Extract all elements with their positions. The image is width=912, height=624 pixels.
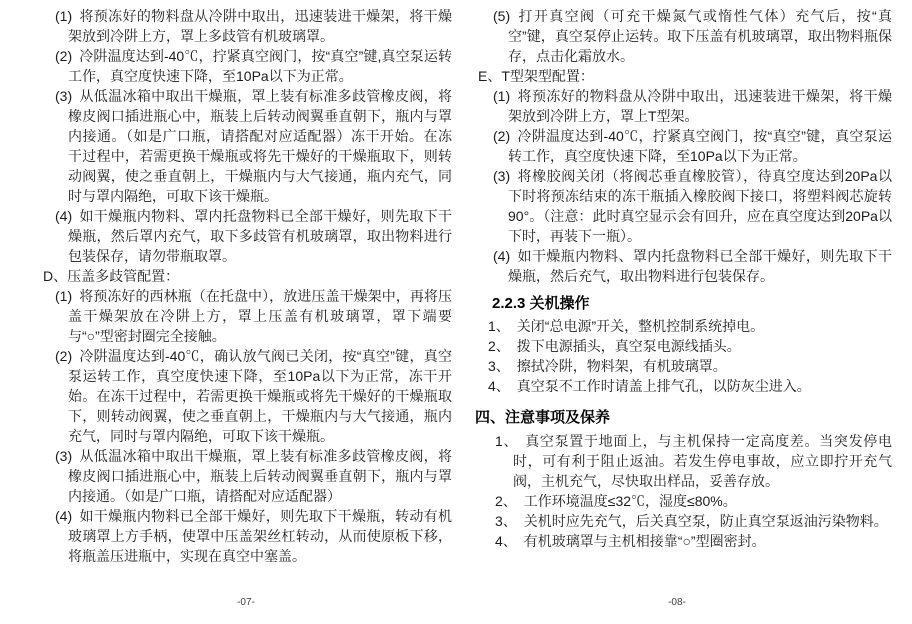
- heading-shutdown-operation: 2.2.3 关机操作: [462, 293, 892, 315]
- step-text: 拨下电源插头，真空泵电源线插头。: [517, 338, 741, 354]
- item-text: 从低温冰箱中取出干燥瓶，罩上装有标准多歧管橡皮阀，将橡皮阀口插进瓶心中，瓶装上后…: [68, 448, 452, 504]
- step-item: 1、关闭“总电源”开关，整机控制系统掉电。: [462, 316, 892, 336]
- item-text: 冷阱温度达到-40℃，拧紧真空阀门，按“真空”键，真空泵运转工作，真空度快速下降…: [508, 128, 892, 164]
- note-item: 2、工作环境温度≤32℃，湿度≤80%。: [462, 491, 892, 511]
- item-label: (3): [493, 168, 510, 184]
- list-item: (4)如干燥瓶内物料、罩内托盘物料已全部干燥好，则先取下干燥瓶，然后罩内充气，取…: [40, 206, 452, 266]
- item-label: (2): [493, 128, 510, 144]
- page-07: (1)将预冻好的物料盘从冷阱中取出，迅速装进干燥架，将干燥架放到冷阱上方，罩上多…: [40, 0, 452, 624]
- step-item: 4、真空泵不工作时请盖上排气孔，以防灰尘进入。: [462, 376, 892, 396]
- note-text: 真空泵置于地面上，与主机保持一定高度差。当突发停电时，可有利于阻止返油。若发生停…: [513, 433, 892, 489]
- item-text: 将预冻好的西林瓶（在托盘中），放进压盖干燥架中，再将压盖干燥架放在冷阱上方，罩上…: [68, 288, 452, 344]
- list-item: (2)冷阱温度达到-40℃，拧紧真空阀门，按“真空”键,真空泵运转工作，真空度快…: [40, 46, 452, 86]
- step-label: 1、: [488, 318, 510, 334]
- item-label: (3): [55, 448, 72, 464]
- step-text: 真空泵不工作时请盖上排气孔，以防灰尘进入。: [517, 378, 811, 394]
- list-item: (3)将橡胶阀关闭（将阀芯垂直橡胶管），待真空度达到20Pa以下时将预冻结束的冻…: [462, 166, 892, 246]
- item-label: (2): [55, 48, 72, 64]
- note-item: 4、有机玻璃罩与主机相接靠“○”型圈密封。: [462, 531, 892, 551]
- note-text: 关机时应先充气，后关真空泵，防止真空泵返油污染物料。: [524, 513, 888, 529]
- note-label: 4、: [495, 533, 517, 549]
- manual-spread: (1)将预冻好的物料盘从冷阱中取出，迅速装进干燥架，将干燥架放到冷阱上方，罩上多…: [0, 0, 912, 624]
- page-number: -07-: [40, 597, 452, 608]
- step-text: 擦拭冷阱，物料架，有机玻璃罩。: [517, 358, 727, 374]
- item-text: 将预冻好的物料盘从冷阱中取出，迅速装进干燥架，将干燥架放到冷阱上方，罩上T型架。: [508, 88, 892, 124]
- page-07-content: (1)将预冻好的物料盘从冷阱中取出，迅速装进干燥架，将干燥架放到冷阱上方，罩上多…: [40, 0, 452, 566]
- item-label: (1): [493, 88, 510, 104]
- item-text: 如干燥瓶内物料已全部干燥好，则先取下干燥瓶，转动有机玻璃罩上方手柄，使罩中压盖架…: [68, 508, 452, 564]
- note-label: 1、: [495, 433, 518, 449]
- step-label: 4、: [488, 378, 510, 394]
- note-text: 有机玻璃罩与主机相接靠“○”型圈密封。: [524, 533, 766, 549]
- step-item: 2、拨下电源插头，真空泵电源线插头。: [462, 336, 892, 356]
- item-text: 冷阱温度达到-40℃，拧紧真空阀门，按“真空”键,真空泵运转工作，真空度快速下降…: [68, 48, 452, 84]
- note-label: 3、: [495, 513, 517, 529]
- item-label: (3): [55, 88, 72, 104]
- page-08-content: (5)打开真空阀（可充干燥氮气或惰性气体）充气后，按“真空”键，真空泵停止运转。…: [462, 0, 892, 551]
- note-item: 3、关机时应先充气，后关真空泵，防止真空泵返油污染物料。: [462, 511, 892, 531]
- item-label: (2): [55, 348, 72, 364]
- list-item: (3)从低温冰箱中取出干燥瓶，罩上装有标准多歧管橡皮阀，将橡皮阀口插进瓶心中，瓶…: [40, 446, 452, 506]
- step-label: 2、: [488, 338, 510, 354]
- note-item: 1、真空泵置于地面上，与主机保持一定高度差。当突发停电时，可有利于阻止返油。若发…: [462, 431, 892, 491]
- item-label: (1): [55, 288, 72, 304]
- list-item: (1)将预冻好的西林瓶（在托盘中），放进压盖干燥架中，再将压盖干燥架放在冷阱上方…: [40, 286, 452, 346]
- item-label: (4): [493, 248, 510, 264]
- section-header-e: E、T型架型配置：: [462, 66, 892, 86]
- list-item: (2)冷阱温度达到-40℃，确认放气阀已关闭，按“真空”键，真空泵运转工作，真空…: [40, 346, 452, 446]
- list-item: (3)从低温冰箱中取出干燥瓶，罩上装有标准多歧管橡皮阀，将橡皮阀口插进瓶心中，瓶…: [40, 86, 452, 206]
- item-label: (5): [493, 8, 510, 24]
- list-item: (4)如干燥瓶内物料已全部干燥好，则先取下干燥瓶，转动有机玻璃罩上方手柄，使罩中…: [40, 506, 452, 566]
- section-header-d: D、压盖多歧管配置：: [40, 266, 452, 286]
- item-text: 将预冻好的物料盘从冷阱中取出，迅速装进干燥架，将干燥架放到冷阱上方，罩上多歧管有…: [68, 8, 452, 44]
- page-08: (5)打开真空阀（可充干燥氮气或惰性气体）充气后，按“真空”键，真空泵停止运转。…: [462, 0, 892, 624]
- item-text: 从低温冰箱中取出干燥瓶，罩上装有标准多歧管橡皮阀，将橡皮阀口插进瓶心中，瓶装上后…: [68, 88, 452, 204]
- list-item: (5)打开真空阀（可充干燥氮气或惰性气体）充气后，按“真空”键，真空泵停止运转。…: [462, 6, 892, 66]
- list-item: (1)将预冻好的物料盘从冷阱中取出，迅速装进干燥架，将干燥架放到冷阱上方，罩上多…: [40, 6, 452, 46]
- item-text: 将橡胶阀关闭（将阀芯垂直橡胶管），待真空度达到20Pa以下时将预冻结束的冻干瓶插…: [508, 168, 892, 244]
- step-label: 3、: [488, 358, 510, 374]
- item-text: 打开真空阀（可充干燥氮气或惰性气体）充气后，按“真空”键，真空泵停止运转。取下压…: [508, 8, 892, 64]
- list-item: (4)如干燥瓶内物料、罩内托盘物料已全部干燥好，则先取下干燥瓶，然后充气，取出物…: [462, 246, 892, 286]
- step-text: 关闭“总电源”开关，整机控制系统掉电。: [517, 318, 764, 334]
- item-text: 冷阱温度达到-40℃，确认放气阀已关闭，按“真空”键，真空泵运转工作，真空度快速…: [68, 348, 452, 444]
- item-text: 如干燥瓶内物料、罩内托盘物料已全部干燥好，则先取下干燥瓶，然后充气，取出物料进行…: [508, 248, 892, 284]
- page-number: -08-: [462, 597, 892, 608]
- item-label: (1): [55, 8, 72, 24]
- note-label: 2、: [495, 493, 517, 509]
- note-text: 工作环境温度≤32℃，湿度≤80%。: [524, 493, 737, 509]
- list-item: (1)将预冻好的物料盘从冷阱中取出，迅速装进干燥架，将干燥架放到冷阱上方，罩上T…: [462, 86, 892, 126]
- item-text: 如干燥瓶内物料、罩内托盘物料已全部干燥好，则先取下干燥瓶，然后罩内充气，取下多歧…: [68, 208, 452, 264]
- list-item: (2)冷阱温度达到-40℃，拧紧真空阀门，按“真空”键，真空泵运转工作，真空度快…: [462, 126, 892, 166]
- heading-precautions-maintenance: 四、注意事项及保养: [462, 407, 892, 429]
- step-item: 3、擦拭冷阱，物料架，有机玻璃罩。: [462, 356, 892, 376]
- item-label: (4): [55, 508, 72, 524]
- item-label: (4): [55, 208, 72, 224]
